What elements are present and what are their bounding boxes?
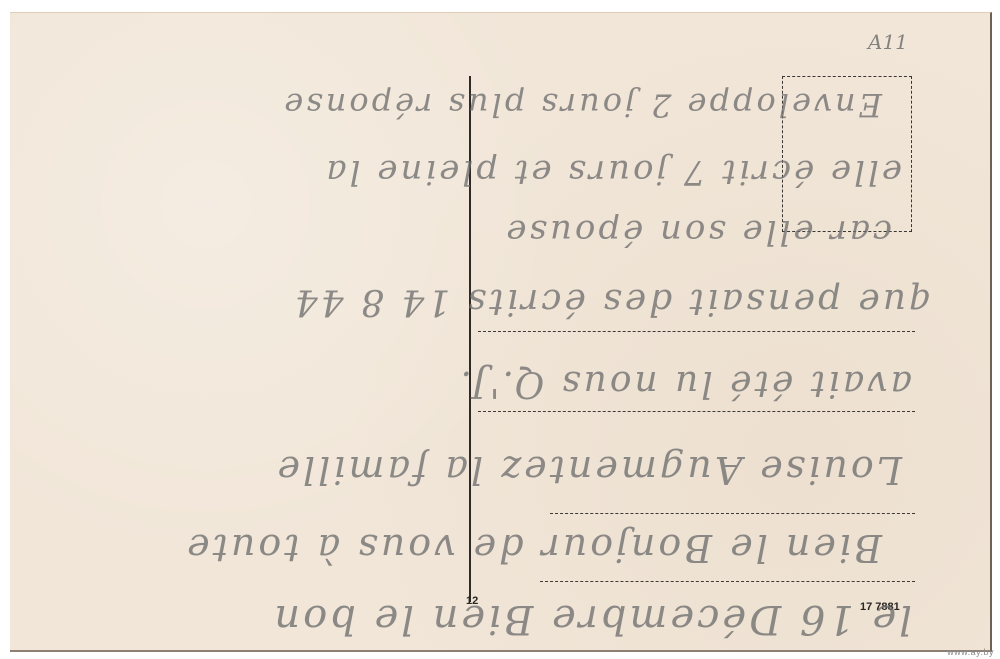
printed-catalog-number: 17 7881 [860,601,900,613]
watermark-text: www.ay.by [947,647,994,657]
address-line-4 [540,581,915,582]
pencil-annotation: A11 [868,30,908,54]
address-line-2 [478,411,915,412]
center-divider-line [469,76,471,602]
postcard-back: 12 17 7881 [10,12,992,652]
address-line-3 [550,513,915,514]
stamp-placeholder-box [782,76,912,232]
address-line-1 [478,331,915,332]
printed-page-number: 12 [466,595,478,607]
